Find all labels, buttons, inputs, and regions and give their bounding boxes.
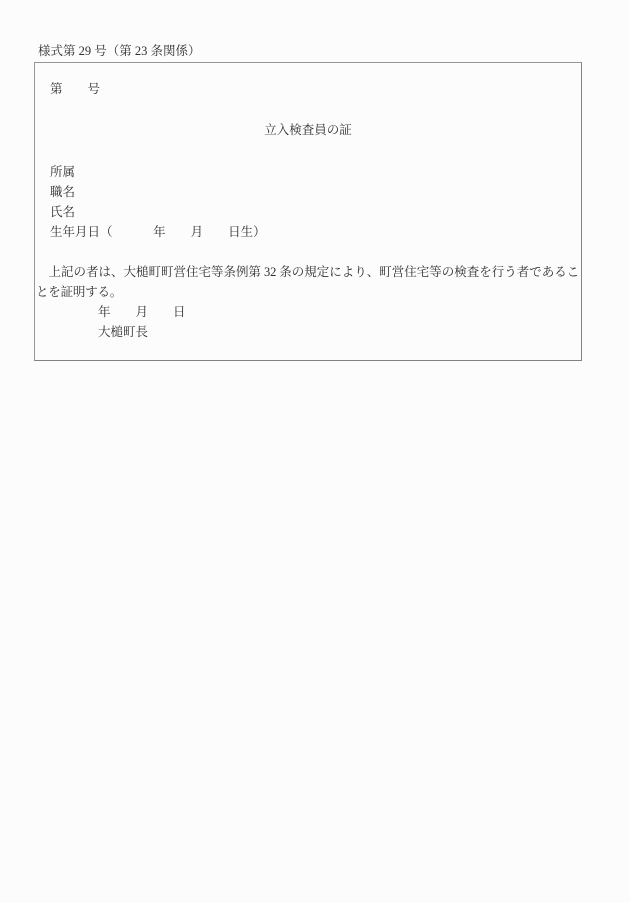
certificate-body-paragraph: 上記の者は、大槌町町営住宅等条例第 32 条の規定により、町営住宅等の検査を行う… bbox=[35, 262, 581, 302]
field-affiliation: 所属 bbox=[35, 162, 581, 182]
field-job-title: 職名 bbox=[35, 182, 581, 202]
field-birthdate: 生年月日（ 年 月 日生） bbox=[35, 222, 581, 242]
certificate-number-line: 第 号 bbox=[35, 79, 581, 99]
form-number-label: 様式第 29 号（第 23 条関係） bbox=[38, 41, 201, 61]
certificate-box: 第 号 立入検査員の証 所属 職名 氏名 生年月日（ 年 月 日生） 上記の者は… bbox=[34, 62, 582, 361]
fields-block: 所属 職名 氏名 生年月日（ 年 月 日生） bbox=[35, 162, 581, 242]
field-name: 氏名 bbox=[35, 202, 581, 222]
certificate-title: 立入検査員の証 bbox=[35, 120, 581, 140]
issue-date-line: 年 月 日 bbox=[35, 302, 581, 322]
issuer-line: 大槌町長 bbox=[35, 322, 581, 342]
document-page: 様式第 29 号（第 23 条関係） 第 号 立入検査員の証 所属 職名 氏名 … bbox=[0, 0, 630, 903]
